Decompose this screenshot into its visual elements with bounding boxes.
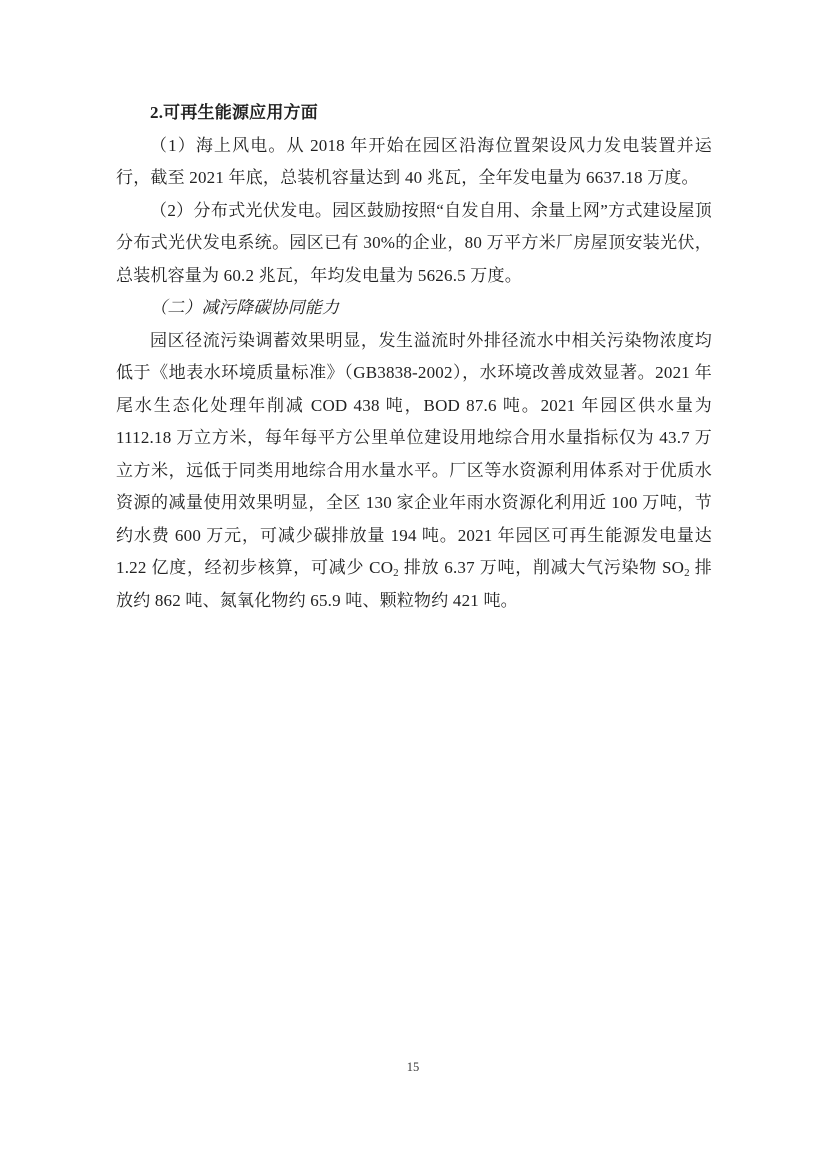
- paragraph-synergy-capability: 园区径流污染调蓄效果明显，发生溢流时外排径流水中相关污染物浓度均低于《地表水环境…: [116, 325, 712, 618]
- section-heading-renewable-energy: 2.可再生能源应用方面: [116, 97, 712, 130]
- page-number: 15: [0, 1060, 826, 1075]
- synergy-text-part2: 排放 6.37 万吨，削减大气污染物 SO: [399, 558, 684, 577]
- document-page: 2.可再生能源应用方面 （1）海上风电。从 2018 年开始在园区沿海位置架设风…: [0, 0, 826, 1169]
- section-heading-pollution-carbon-synergy: （二）减污降碳协同能力: [116, 292, 712, 325]
- page-content: 2.可再生能源应用方面 （1）海上风电。从 2018 年开始在园区沿海位置架设风…: [116, 97, 712, 617]
- paragraph-distributed-solar: （2）分布式光伏发电。园区鼓励按照“自发自用、余量上网”方式建设屋顶分布式光伏发…: [116, 195, 712, 293]
- synergy-text-part1: 园区径流污染调蓄效果明显，发生溢流时外排径流水中相关污染物浓度均低于《地表水环境…: [116, 331, 712, 578]
- paragraph-offshore-wind: （1）海上风电。从 2018 年开始在园区沿海位置架设风力发电装置并运行，截至 …: [116, 130, 712, 195]
